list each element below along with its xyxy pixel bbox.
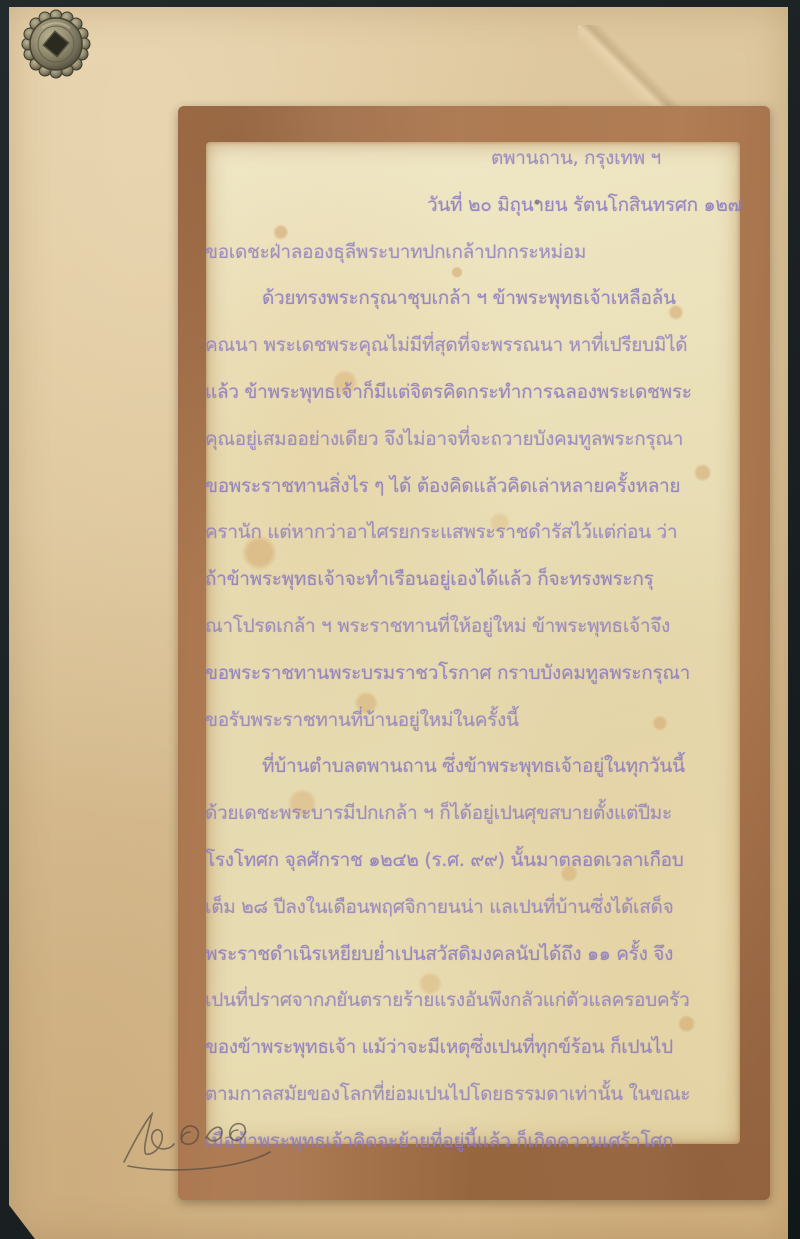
- letter: ตพานถาน, กรุงเทพ ฯวันที่ ๒๐ มิถุนายน รัต…: [178, 106, 770, 1200]
- text-line: คุณอยู่เสมออย่างเดียว จึงไม่อาจที่จะถวาย…: [205, 419, 747, 466]
- text-line: วันที่ ๒๐ มิถุนายน รัตนโกสินทรศก ๑๒๗: [427, 185, 747, 232]
- text-line: ขอพระราชทานสิ่งไร ๆ ได้ ต้องคิดแล้วคิดเล…: [205, 466, 747, 513]
- text-line: แล้ว ข้าพระพุทธเจ้าก็มีแต่จิตรคิดกระทำกา…: [205, 372, 747, 419]
- text-line: ตพานถาน, กรุงเทพ ฯ: [491, 138, 747, 185]
- text-line: คณนา พระเดชพระคุณไม่มีที่สุดที่จะพรรณนา …: [205, 325, 747, 372]
- text-line: ของข้าพระพุทธเจ้า แม้ว่าจะมีเหตุซึ่งเปนท…: [205, 1027, 747, 1074]
- text-line: ด้วยทรงพระกรุณาชุบเกล้า ฯ ข้าพระพุทธเจ้า…: [262, 278, 747, 325]
- text-line: เมื่อข้าพระพุทธเจ้าคิดจะย้ายที่อยู่นี้แล…: [205, 1121, 747, 1168]
- text-line: ถ้าข้าพระพุทธเจ้าจะทำเรือนอยู่เองได้แล้ว…: [205, 559, 747, 606]
- paper-fastener-icon: [18, 6, 94, 82]
- text-line: ตามกาลสมัยของโลกที่ย่อมเปนไปโดยธรรมดาเท่…: [205, 1074, 747, 1121]
- text-line: ณาโปรดเกล้า ฯ พระราชทานที่ให้อยู่ใหม่ ข้…: [205, 606, 747, 653]
- text-line: ขอเดชะฝ่าลอองธุลีพระบาทปกเกล้าปกกระหม่อม: [205, 232, 747, 279]
- text-line: ที่บ้านตำบลตพานถาน ซึ่งข้าพระพุทธเจ้าอยู…: [262, 746, 747, 793]
- text-line: ด้วยเดชะพระบารมีปกเกล้า ฯ ก็ได้อยู่เปนศุ…: [205, 793, 747, 840]
- document-scan: ตพานถาน, กรุงเทพ ฯวันที่ ๒๐ มิถุนายน รัต…: [0, 0, 800, 1239]
- text-line: เปนที่ปราศจากภยันตรายร้ายแรงอันพึงกลัวแก…: [205, 980, 747, 1027]
- document-lines: ตพานถาน, กรุงเทพ ฯวันที่ ๒๐ มิถุนายน รัต…: [205, 138, 747, 1168]
- text-line: เต็ม ๒๘ ปีลงในเดือนพฤศจิกายนน่า แลเปนที่…: [205, 887, 747, 934]
- text-line: ขอรับพระราชทานที่บ้านอยู่ใหม่ในครั้งนี้: [205, 700, 747, 747]
- text-line: ครานัก แต่หากว่าอาไศรยกระแสพระราชดำรัสไว…: [205, 512, 747, 559]
- text-line: ขอพระราชทานพระบรมราชวโรกาศ กราบบังคมทูลพ…: [205, 653, 747, 700]
- handwritten-scribble: [118, 1104, 278, 1176]
- text-line: พระราชดำเนิรเหยียบย่ำเปนสวัสดิมงคลนับได้…: [205, 934, 747, 981]
- text-line: โรงโทศก จุลศักราช ๑๒๔๒ (ร.ศ. ๙๙) นั้นมาต…: [205, 840, 747, 887]
